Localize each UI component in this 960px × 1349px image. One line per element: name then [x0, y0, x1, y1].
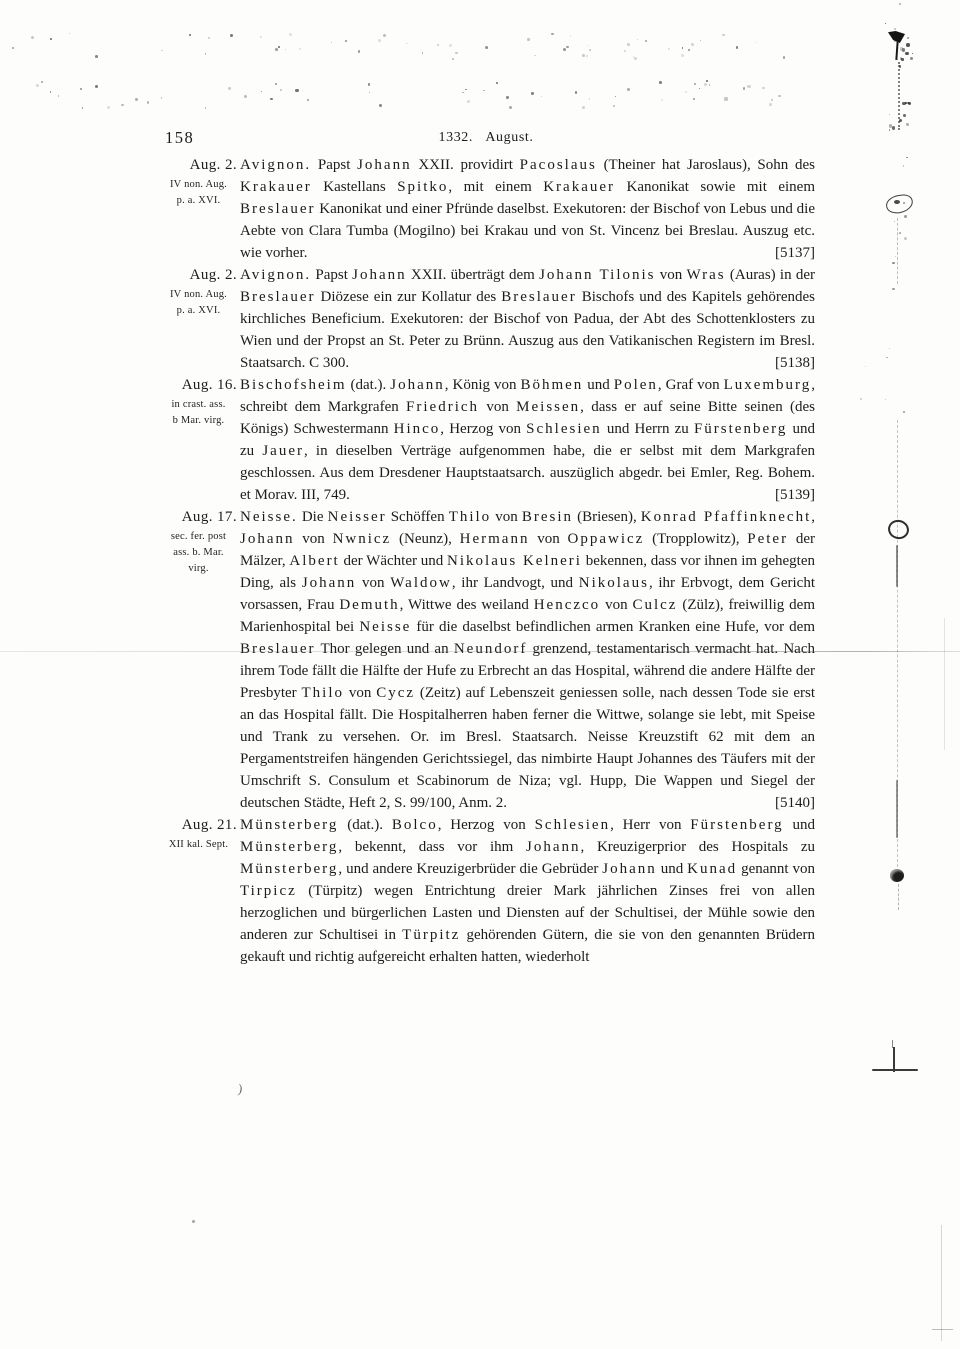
scan-dust-speck [762, 87, 765, 90]
scan-dust-speck [575, 91, 578, 94]
text-segment: (Auras) in der [726, 267, 815, 283]
text-segment: Kastellans [312, 179, 397, 195]
scan-dust-speck [261, 91, 262, 92]
scan-dust-speck [889, 124, 892, 127]
scan-dust-speck [634, 57, 637, 60]
margin-note-line: b Mar. virg. [157, 413, 240, 429]
scan-dust-speck [289, 33, 292, 36]
scan-dust-speck [331, 42, 332, 43]
text-segment: , Herzog von [438, 817, 535, 833]
scan-dust-speck [699, 88, 700, 89]
scan-dust-speck [613, 105, 614, 106]
scan-dust-speck [895, 256, 896, 257]
scan-dust-speck [582, 54, 585, 57]
scan-dust-speck [899, 232, 901, 234]
letterspaced-name: Tirpicz [240, 883, 297, 899]
text-segment: und [784, 817, 815, 833]
scan-dust-speck [307, 99, 309, 101]
letterspaced-name: Oppawicz [568, 531, 645, 547]
scan-dust-speck [455, 52, 457, 54]
scan-dust-speck [36, 84, 39, 87]
ink-blot-top-right [888, 31, 905, 43]
letterspaced-name: Johann [352, 267, 407, 283]
margin-dashed-line-upper [897, 218, 898, 284]
scan-dust-speck [260, 36, 261, 37]
scan-dust-speck [706, 80, 708, 82]
scan-dust-speck [406, 43, 408, 45]
scan-dust-speck [534, 55, 536, 57]
margin-note-line: in crast. ass. [157, 397, 240, 413]
entry-margin-dating: in crast. ass.b Mar. virg. [157, 397, 240, 429]
scan-dust-speck [541, 96, 542, 97]
scan-dust-speck [275, 48, 278, 51]
text-segment: und [583, 377, 613, 393]
scan-dust-speck [736, 46, 738, 48]
text-segment: Papst [311, 157, 357, 173]
scan-dust-speck [58, 95, 60, 97]
scan-dust-speck [904, 237, 907, 240]
scan-dust-speck [69, 33, 70, 34]
scan-dust-speck [889, 129, 891, 131]
text-segment: Diözese ein zur Kollatur des [315, 289, 501, 305]
scan-dust-speck [865, 366, 866, 367]
scan-dust-speck [743, 87, 746, 90]
scan-dust-speck [244, 95, 247, 98]
scan-dust-speck [358, 50, 361, 53]
text-segment: (Neunz), [391, 531, 459, 547]
entry-gutter: Aug. 2. IV non. Aug.p. a. XVI. [157, 264, 240, 319]
scan-dust-speck [280, 89, 282, 91]
scan-dust-speck [906, 157, 908, 159]
scan-dust-speck [527, 38, 530, 41]
scan-dust-speck [892, 288, 894, 290]
text-segment: , [811, 509, 815, 525]
letterspaced-name: Johann [526, 839, 581, 855]
text-segment: von [600, 597, 632, 613]
letterspaced-name: Peter [747, 531, 788, 547]
letterspaced-name: Polen [614, 377, 658, 393]
scan-dust-speck [906, 123, 909, 126]
scan-dust-speck [275, 83, 277, 85]
scan-dust-speck [270, 98, 273, 101]
regesta-entry: Aug. 21. XII kal. Sept. Münsterberg (dat… [157, 814, 815, 968]
letterspaced-name: Avignon. [240, 157, 311, 173]
scan-dust-speck [637, 39, 638, 40]
margin-note-line: ass. b. Mar. [157, 545, 240, 561]
scan-dust-speck [487, 47, 488, 48]
letterspaced-name: Luxemburg [724, 377, 812, 393]
scan-dust-speck [465, 89, 466, 90]
text-segment: von [295, 531, 333, 547]
letterspaced-name: Nwnicz [333, 531, 392, 547]
letterspaced-name: Münsterberg [240, 861, 338, 877]
scan-dust-speck [860, 398, 862, 400]
scan-dust-speck [506, 96, 508, 98]
scan-dust-speck [668, 48, 670, 50]
margin-note-line: XII kal. Sept. [157, 837, 240, 853]
entry-date: Aug. 17. [157, 506, 240, 528]
scan-dust-speck [912, 53, 913, 54]
letterspaced-name: Johann [357, 157, 412, 173]
scan-dust-speck [31, 36, 34, 39]
entry-ref-number: [5138] [769, 352, 815, 374]
stray-dot-mark [192, 1220, 195, 1223]
text-segment: XXII. überträgt dem [407, 267, 539, 283]
letterspaced-name: Bolco [392, 817, 438, 833]
scan-dust-speck [509, 106, 512, 109]
letterspaced-name: Neisse. [240, 509, 298, 525]
scan-dust-speck [566, 46, 569, 49]
text-segment: , ihr Landvogt, und [452, 575, 579, 591]
scan-dust-speck [496, 82, 499, 85]
scan-dust-speck [369, 92, 370, 93]
letterspaced-name: Wras [687, 267, 726, 283]
scan-dust-speck [121, 104, 124, 107]
scan-dust-speck [531, 92, 534, 95]
entry-gutter: Aug. 17. sec. fer. postass. b. Mar.virg. [157, 506, 240, 577]
regesta-entries: Aug. 2. IV non. Aug.p. a. XVI. Avignon. … [157, 154, 815, 968]
scan-dust-speck [901, 58, 903, 60]
bottom-cross-mark-horizontal [872, 1069, 918, 1071]
text-segment: , und andere Kreuzigerbrüder die Gebrüde… [338, 861, 602, 877]
scan-dust-speck [783, 56, 785, 58]
regesta-entry: Aug. 16. in crast. ass.b Mar. virg. Bisc… [157, 374, 815, 506]
scan-dust-speck [627, 88, 630, 91]
letterspaced-name: Böhmen [520, 377, 583, 393]
scan-dust-speck [886, 357, 888, 359]
scan-dust-speck [161, 97, 162, 98]
scan-dust-speck [587, 45, 588, 46]
scan-dust-speck [756, 42, 757, 43]
scan-dust-speck [897, 59, 898, 60]
text-segment: genannt von [737, 861, 815, 877]
scan-dust-speck [189, 34, 191, 36]
regesta-entry: Aug. 17. sec. fer. postass. b. Mar.virg.… [157, 506, 815, 814]
letterspaced-name: Neisse [359, 619, 411, 635]
scan-dust-speck [368, 83, 371, 86]
text-segment: (Zeitz) auf Lebenszeit geniessen solle, … [240, 685, 815, 811]
scan-dust-speck [771, 99, 773, 101]
letterspaced-name: Hinco [394, 421, 441, 437]
letterspaced-name: Cycz [376, 685, 415, 701]
letterspaced-name: Thilo [302, 685, 345, 701]
letterspaced-name: Fürstenberg [694, 421, 787, 437]
stray-parenthesis-mark: ) [237, 1081, 244, 1097]
regesta-entry: Aug. 2. IV non. Aug.p. a. XVI. Avignon. … [157, 154, 815, 264]
entry-text: Münsterberg (dat.). Bolco, Herzog von Sc… [240, 814, 815, 968]
entry-margin-dating: XII kal. Sept. [157, 837, 240, 853]
scan-dust-speck [345, 40, 347, 42]
scan-dust-speck [894, 221, 896, 223]
right-edge-faint-line-bottom [941, 1225, 942, 1341]
margin-scribble-circle [885, 193, 915, 215]
scan-dust-speck [645, 40, 647, 42]
letterspaced-name: Spitko [397, 179, 448, 195]
text-segment: (Tropplowitz), [644, 531, 747, 547]
text-segment: von [479, 399, 516, 415]
scan-dust-speck [700, 40, 701, 41]
entry-text: Neisse. Die Neisser Schöffen Thilo von B… [240, 506, 815, 814]
bottom-cross-mark-vertical [893, 1047, 895, 1072]
entry-date: Aug. 2. [157, 154, 240, 176]
text-segment: von [656, 267, 687, 283]
entry-margin-dating: IV non. Aug.p. a. XVI. [157, 177, 240, 209]
scan-dust-speck [95, 55, 98, 58]
scan-dust-speck [892, 262, 895, 265]
letterspaced-name: Nikolaus Kelneri [447, 553, 582, 569]
text-segment: , Kreuzigerprior des Hospitals zu [581, 839, 815, 855]
entry-margin-dating: sec. fer. postass. b. Mar.virg. [157, 529, 240, 577]
scan-dust-speck [722, 34, 725, 37]
ink-blot-stem [895, 41, 898, 60]
letterspaced-name: Johann [240, 531, 295, 547]
entry-ref-number: [5140] [769, 792, 815, 814]
letterspaced-name: Waldow [390, 575, 452, 591]
letterspaced-name: Bischofsheim [240, 377, 347, 393]
letterspaced-name: Johann [390, 377, 445, 393]
letterspaced-name: Johann Tilonis [539, 267, 655, 283]
scan-dust-speck [903, 202, 905, 204]
margin-dashed-line-lower [897, 420, 898, 872]
scan-dust-speck [778, 95, 781, 98]
margin-note-line: p. a. XVI. [157, 303, 240, 319]
letterspaced-name: Neisser [328, 509, 387, 525]
scan-dust-speck [906, 43, 910, 47]
letterspaced-name: Breslauer [501, 289, 576, 305]
text-segment: XXII. providirt [412, 157, 520, 173]
entry-gutter: Aug. 2. IV non. Aug.p. a. XVI. [157, 154, 240, 209]
scan-dust-speck [704, 83, 707, 86]
text-segment: von [491, 509, 522, 525]
entry-ref-number: [5137] [769, 242, 815, 264]
margin-pen-stroke-1 [896, 545, 898, 587]
letterspaced-name: Thilo [449, 509, 492, 525]
scan-dust-speck [299, 48, 301, 50]
scanned-book-page: 158 1332. August. Aug. 2. IV non. Aug.p.… [0, 0, 960, 1349]
text-segment: Thor gelegen und an [315, 641, 453, 657]
text-segment: Papst [311, 267, 352, 283]
right-edge-faint-line-mid [944, 618, 945, 750]
letterspaced-name: Türpitz [402, 927, 460, 943]
entry-date: Aug. 2. [157, 264, 240, 286]
scan-dust-speck [437, 44, 439, 46]
scan-dust-speck [724, 97, 727, 100]
scan-dust-speck [422, 52, 424, 54]
margin-note-line: virg. [157, 561, 240, 577]
scan-dust-speck [902, 102, 905, 105]
scan-dust-speck [95, 85, 98, 88]
scan-dust-speck [894, 28, 896, 30]
text-segment: und Herrn zu [602, 421, 694, 437]
scan-dust-speck [230, 34, 233, 37]
text-segment: , Herr von [610, 817, 690, 833]
scan-dust-speck [681, 54, 684, 57]
page-header-row: 158 1332. August. [157, 127, 815, 154]
letterspaced-name: Demuth [339, 597, 399, 613]
scan-dust-speck [161, 50, 162, 51]
letterspaced-name: Friedrich [406, 399, 479, 415]
margin-note-line: IV non. Aug. [157, 177, 240, 193]
text-segment: und [657, 861, 687, 877]
text-segment: der Wächter und [340, 553, 447, 569]
margin-pen-stroke-2 [896, 780, 898, 838]
running-header: 1332. August. [157, 127, 815, 149]
letterspaced-name: Nikolaus [579, 575, 649, 591]
letterspaced-name: Culcz [632, 597, 677, 613]
letterspaced-name: Pacoslaus [520, 157, 597, 173]
scan-dust-speck [624, 50, 626, 52]
scan-dust-speck [589, 98, 591, 100]
scan-dust-speck [693, 98, 695, 100]
entry-text: Avignon. Papst Johann XXII. überträgt de… [240, 264, 815, 374]
scan-dust-speck [295, 89, 298, 92]
scan-dust-speck [449, 44, 452, 47]
letterspaced-name: Johann [602, 861, 657, 877]
scan-dust-speck [691, 43, 694, 46]
letterspaced-name: Meissen [516, 399, 580, 415]
scan-dust-speck [205, 107, 207, 109]
margin-scribble-dot [894, 200, 900, 204]
letterspaced-name: Münsterberg [240, 817, 338, 833]
letterspaced-name: Avignon. [240, 267, 311, 283]
scan-dust-speck [50, 38, 52, 40]
letterspaced-name: Jauer [262, 443, 304, 459]
margin-circle-filled [890, 869, 904, 882]
text-segment: , mit einem [448, 179, 543, 195]
text-segment: für die daselbst befindlichen armen Kran… [411, 619, 815, 635]
scan-dust-speck [383, 34, 386, 37]
letterspaced-name: Breslauer [240, 201, 315, 217]
scan-dust-speck [907, 37, 908, 38]
scan-dust-speck [769, 103, 772, 106]
text-segment: , Wittwe des weiland [400, 597, 534, 613]
scan-dust-speck [903, 411, 905, 413]
letterspaced-name: Krakauer [240, 179, 312, 195]
scan-dust-speck [107, 106, 110, 109]
letterspaced-name: Schlesien [535, 817, 611, 833]
scan-dust-speck [582, 106, 585, 109]
letterspaced-name: Konrad Pfaffinknecht [641, 509, 811, 525]
text-segment: , in dieselben Verträge aufgenommen habe… [240, 443, 815, 503]
margin-circle-outline [886, 518, 911, 542]
margin-note-line: p. a. XVI. [157, 193, 240, 209]
scan-dust-speck [483, 90, 485, 92]
text-segment: , bekennt, dass vor ihm [338, 839, 526, 855]
bottom-cross-mark-tip [892, 1040, 893, 1048]
text-segment: (dat.). [347, 377, 391, 393]
entry-margin-dating: IV non. Aug.p. a. XVI. [157, 287, 240, 319]
scan-dust-speck [378, 39, 381, 42]
letterspaced-name: Neundorf [454, 641, 527, 657]
letterspaced-name: Schlesien [526, 421, 602, 437]
text-segment: Schöffen [387, 509, 449, 525]
letterspaced-name: Krakauer [543, 179, 615, 195]
scan-dust-speck [570, 35, 571, 36]
scan-dust-speck [627, 43, 630, 46]
scan-dust-speck [682, 47, 683, 48]
text-segment: (dat.). [338, 817, 391, 833]
scan-dust-speck [899, 65, 902, 68]
right-edge-cross-tick [932, 1329, 953, 1330]
text-segment: , Graf von [658, 377, 724, 393]
scan-dust-speck [908, 102, 911, 105]
scan-dust-speck [205, 53, 206, 54]
scan-dust-speck [135, 98, 138, 101]
scan-dust-speck [685, 91, 687, 93]
scan-dust-speck [694, 83, 696, 85]
scan-dust-speck [589, 49, 591, 51]
scan-dust-speck [889, 348, 890, 349]
scan-dust-speck [615, 96, 616, 97]
scan-dust-speck [208, 37, 210, 39]
scan-dust-speck [82, 107, 84, 109]
scan-dust-speck [904, 215, 907, 218]
text-segment: Kanonikat und einer Pfründe daselbst. Ex… [240, 201, 815, 261]
scan-dust-speck [586, 55, 588, 57]
page-content: 158 1332. August. Aug. 2. IV non. Aug.p.… [157, 127, 815, 968]
scan-dust-speck [462, 92, 464, 94]
text-segment: von [356, 575, 390, 591]
scan-dust-speck [467, 100, 470, 103]
letterspaced-name: Münsterberg [240, 839, 338, 855]
scan-dust-speck [379, 104, 382, 107]
scan-dust-speck [228, 87, 231, 90]
text-segment: Die [298, 509, 328, 525]
scan-dust-speck [80, 88, 82, 90]
scan-dust-speck [41, 81, 43, 83]
entry-date: Aug. 21. [157, 814, 240, 836]
scan-dust-speck [885, 399, 887, 401]
scan-dust-speck [905, 52, 908, 55]
scan-dust-speck [885, 23, 886, 24]
text-segment: , König von [445, 377, 521, 393]
scan-dust-speck [903, 114, 906, 117]
entry-ref-number: [5139] [769, 484, 815, 506]
scan-dust-speck [910, 57, 913, 60]
scan-dust-speck [892, 126, 895, 129]
text-segment: von [344, 685, 376, 701]
scan-dust-speck [12, 47, 14, 49]
margin-note-line: sec. fer. post [157, 529, 240, 545]
letterspaced-name: Fürstenberg [690, 817, 783, 833]
letterspaced-name: Henczco [534, 597, 600, 613]
letterspaced-name: Bresin [522, 509, 573, 525]
letterspaced-name: Kunad [687, 861, 737, 877]
text-segment: (Briesen), [573, 509, 641, 525]
scan-dust-speck [285, 49, 286, 50]
scan-dust-speck [563, 48, 566, 51]
regesta-entry: Aug. 2. IV non. Aug.p. a. XVI. Avignon. … [157, 264, 815, 374]
scan-dust-speck [661, 99, 663, 101]
text-segment: Kanonikat sowie mit einem [615, 179, 815, 195]
scan-dust-speck [889, 114, 890, 115]
scan-dust-speck [899, 3, 901, 5]
letterspaced-name: Breslauer [240, 641, 315, 657]
letterspaced-name: Albert [289, 553, 339, 569]
letterspaced-name: Johann [302, 575, 357, 591]
text-segment: , Herzog von [440, 421, 526, 437]
entry-text: Bischofsheim (dat.). Johann, König von B… [240, 374, 815, 506]
scan-dust-speck [894, 40, 896, 42]
entry-gutter: Aug. 21. XII kal. Sept. [157, 814, 240, 853]
entry-text: Avignon. Papst Johann XXII. providirt Pa… [240, 154, 815, 264]
scan-dust-speck [551, 33, 554, 36]
letterspaced-name: Breslauer [240, 289, 315, 305]
scan-dust-speck [50, 91, 52, 93]
entry-gutter: Aug. 16. in crast. ass.b Mar. virg. [157, 374, 240, 429]
entry-date: Aug. 16. [157, 374, 240, 396]
scan-dust-speck [688, 49, 690, 51]
